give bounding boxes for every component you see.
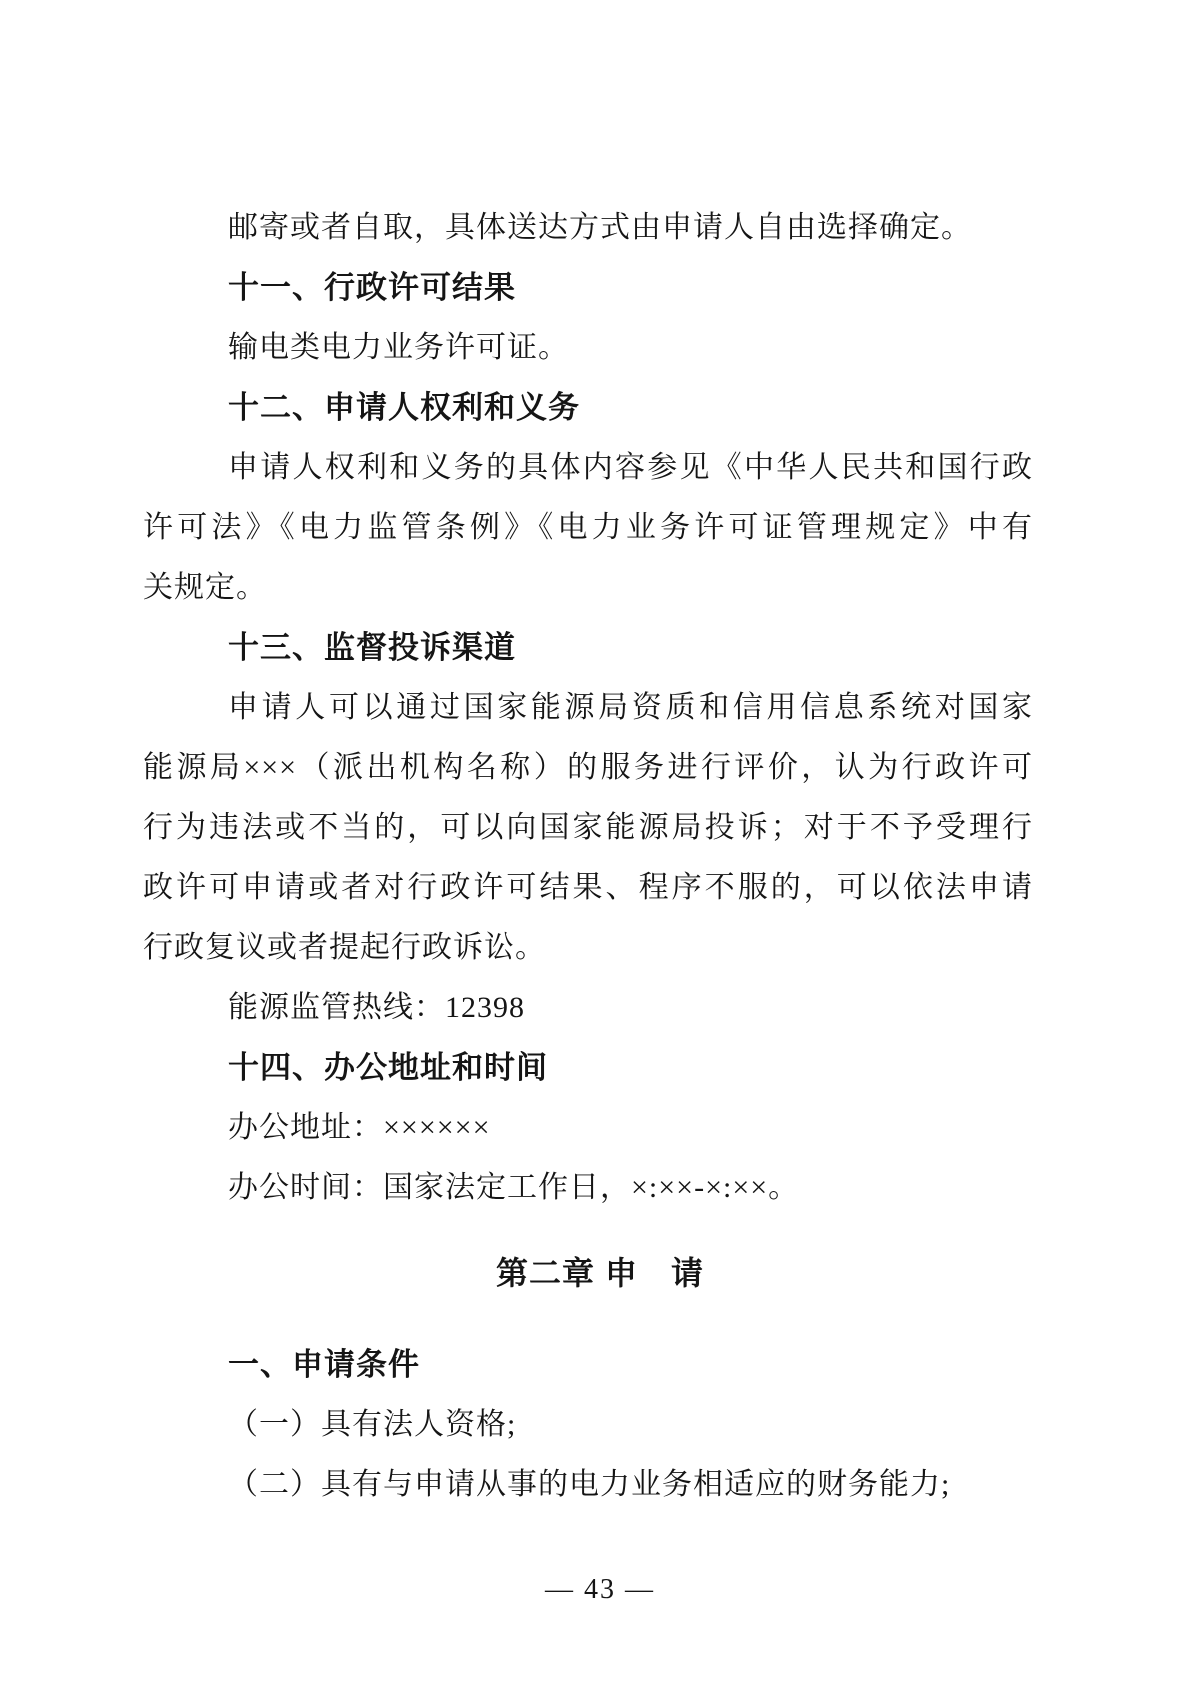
section-heading: 十一、行政许可结果 [228,257,516,319]
section-heading: 一、申请条件 [228,1334,420,1396]
body-line: 办公地址：×××××× [228,1097,491,1159]
body-line: 输电类电力业务许可证。 [228,317,569,379]
body-line: 邮寄或者自取，具体送达方式由申请人自由选择确定。 [228,197,972,259]
section-heading: 十三、监督投诉渠道 [228,617,516,679]
body-line: 许可法》《电力监管条例》《电力业务许可证管理规定》中有 [143,497,1033,559]
body-line: 能源监管热线：12398 [228,977,525,1039]
body-line: （一）具有法人资格; [228,1394,516,1456]
section-heading: 十二、申请人权利和义务 [228,377,580,439]
section-heading: 十四、办公地址和时间 [228,1037,548,1099]
body-line: 能源局×××（派出机构名称）的服务进行评价，认为行政许可 [143,737,1033,799]
page-number: — 43 — [0,1559,1200,1621]
body-line: 政许可申请或者对行政许可结果、程序不服的，可以依法申请 [143,857,1033,919]
body-line: 关规定。 [143,557,267,619]
body-line: 行政复议或者提起行政诉讼。 [143,917,546,979]
document-page: 邮寄或者自取，具体送达方式由申请人自由选择确定。 十一、行政许可结果 输电类电力… [0,0,1200,1696]
body-line: 办公时间：国家法定工作日，×:××-×:××。 [228,1157,799,1219]
body-line: 行为违法或不当的，可以向国家能源局投诉；对于不予受理行 [143,797,1033,859]
body-line: （二）具有与申请从事的电力业务相适应的财务能力; [228,1454,950,1516]
chapter-heading: 第二章 申 请 [0,1242,1200,1304]
body-line: 申请人权利和义务的具体内容参见《中华人民共和国行政 [143,437,1033,499]
body-line: 申请人可以通过国家能源局资质和信用信息系统对国家 [143,677,1033,739]
